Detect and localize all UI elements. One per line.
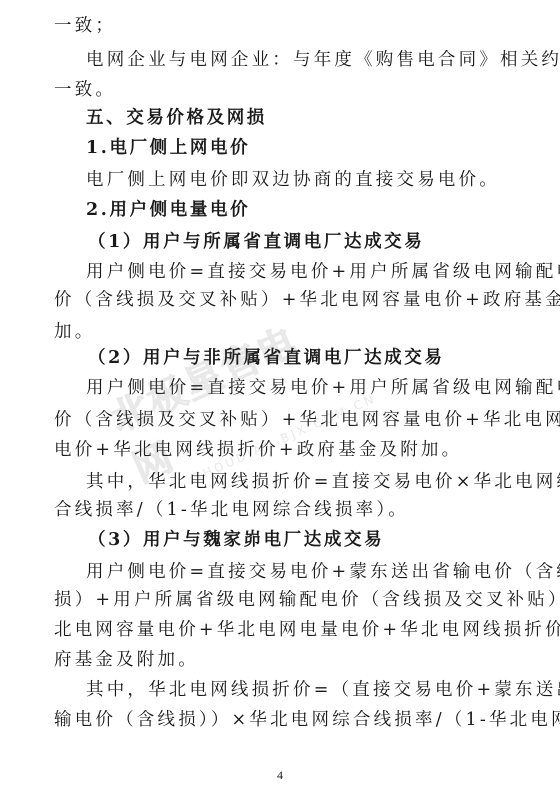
paragraph-line: 用户侧电价=直接交易电价+用户所属省级电网输配电 <box>86 261 536 283</box>
section-heading: （1）用户与所属省直调电厂达成交易 <box>88 231 538 253</box>
paragraph-line: 价（含线损及交叉补贴）+华北电网容量电价+政府基金及附 <box>54 289 504 311</box>
paragraph-line: 电厂侧上网电价即双边协商的直接交易电价。 <box>86 169 536 191</box>
paragraph-line: 用户侧电价=直接交易电价+蒙东送出省输电价（含线 <box>86 561 536 583</box>
document-page: 一致；电网企业与电网企业：与年度《购售电合同》相关约定一致。五、交易价格及网损1… <box>0 0 560 791</box>
section-heading: （3）用户与魏家峁电厂达成交易 <box>88 529 538 551</box>
paragraph-line: 电价+华北电网线损折价+政府基金及附加。 <box>54 439 504 461</box>
paragraph-line: 其中，华北电网线损折价=（直接交易电价+蒙东送出省 <box>86 679 536 701</box>
paragraph-line: 一致。 <box>54 79 504 101</box>
paragraph-line: 北电网容量电价+华北电网电量电价+华北电网线损折价+政 <box>54 619 504 641</box>
paragraph-line: 输电价（含线损））×华北电网综合线损率/（1-华北电网综 <box>54 709 504 731</box>
page-number: 4 <box>0 768 560 783</box>
paragraph-line: 其中，华北电网线损折价=直接交易电价×华北电网综 <box>86 471 536 493</box>
paragraph-line: 用户侧电价=直接交易电价+用户所属省级电网输配电 <box>86 377 536 399</box>
section-heading: 2.用户侧电量电价 <box>86 199 536 221</box>
paragraph-line: 合线损率/（1-华北电网综合线损率）。 <box>54 499 504 521</box>
paragraph-line: 价（含线损及交叉补贴）+华北电网容量电价+华北电网电量 <box>54 409 504 431</box>
paragraph-line: 损）+用户所属省级电网输配电价（含线损及交叉补贴）+华 <box>54 589 504 611</box>
paragraph-line: 府基金及附加。 <box>54 649 504 671</box>
paragraph-line: 电网企业与电网企业：与年度《购售电合同》相关约定 <box>86 49 536 71</box>
section-heading: 1.电厂侧上网电价 <box>86 137 536 159</box>
paragraph-line: 加。 <box>54 321 504 343</box>
paragraph-line: 一致； <box>54 15 504 37</box>
section-heading: 五、交易价格及网损 <box>86 107 536 129</box>
section-heading: （2）用户与非所属省直调电厂达成交易 <box>88 347 538 369</box>
